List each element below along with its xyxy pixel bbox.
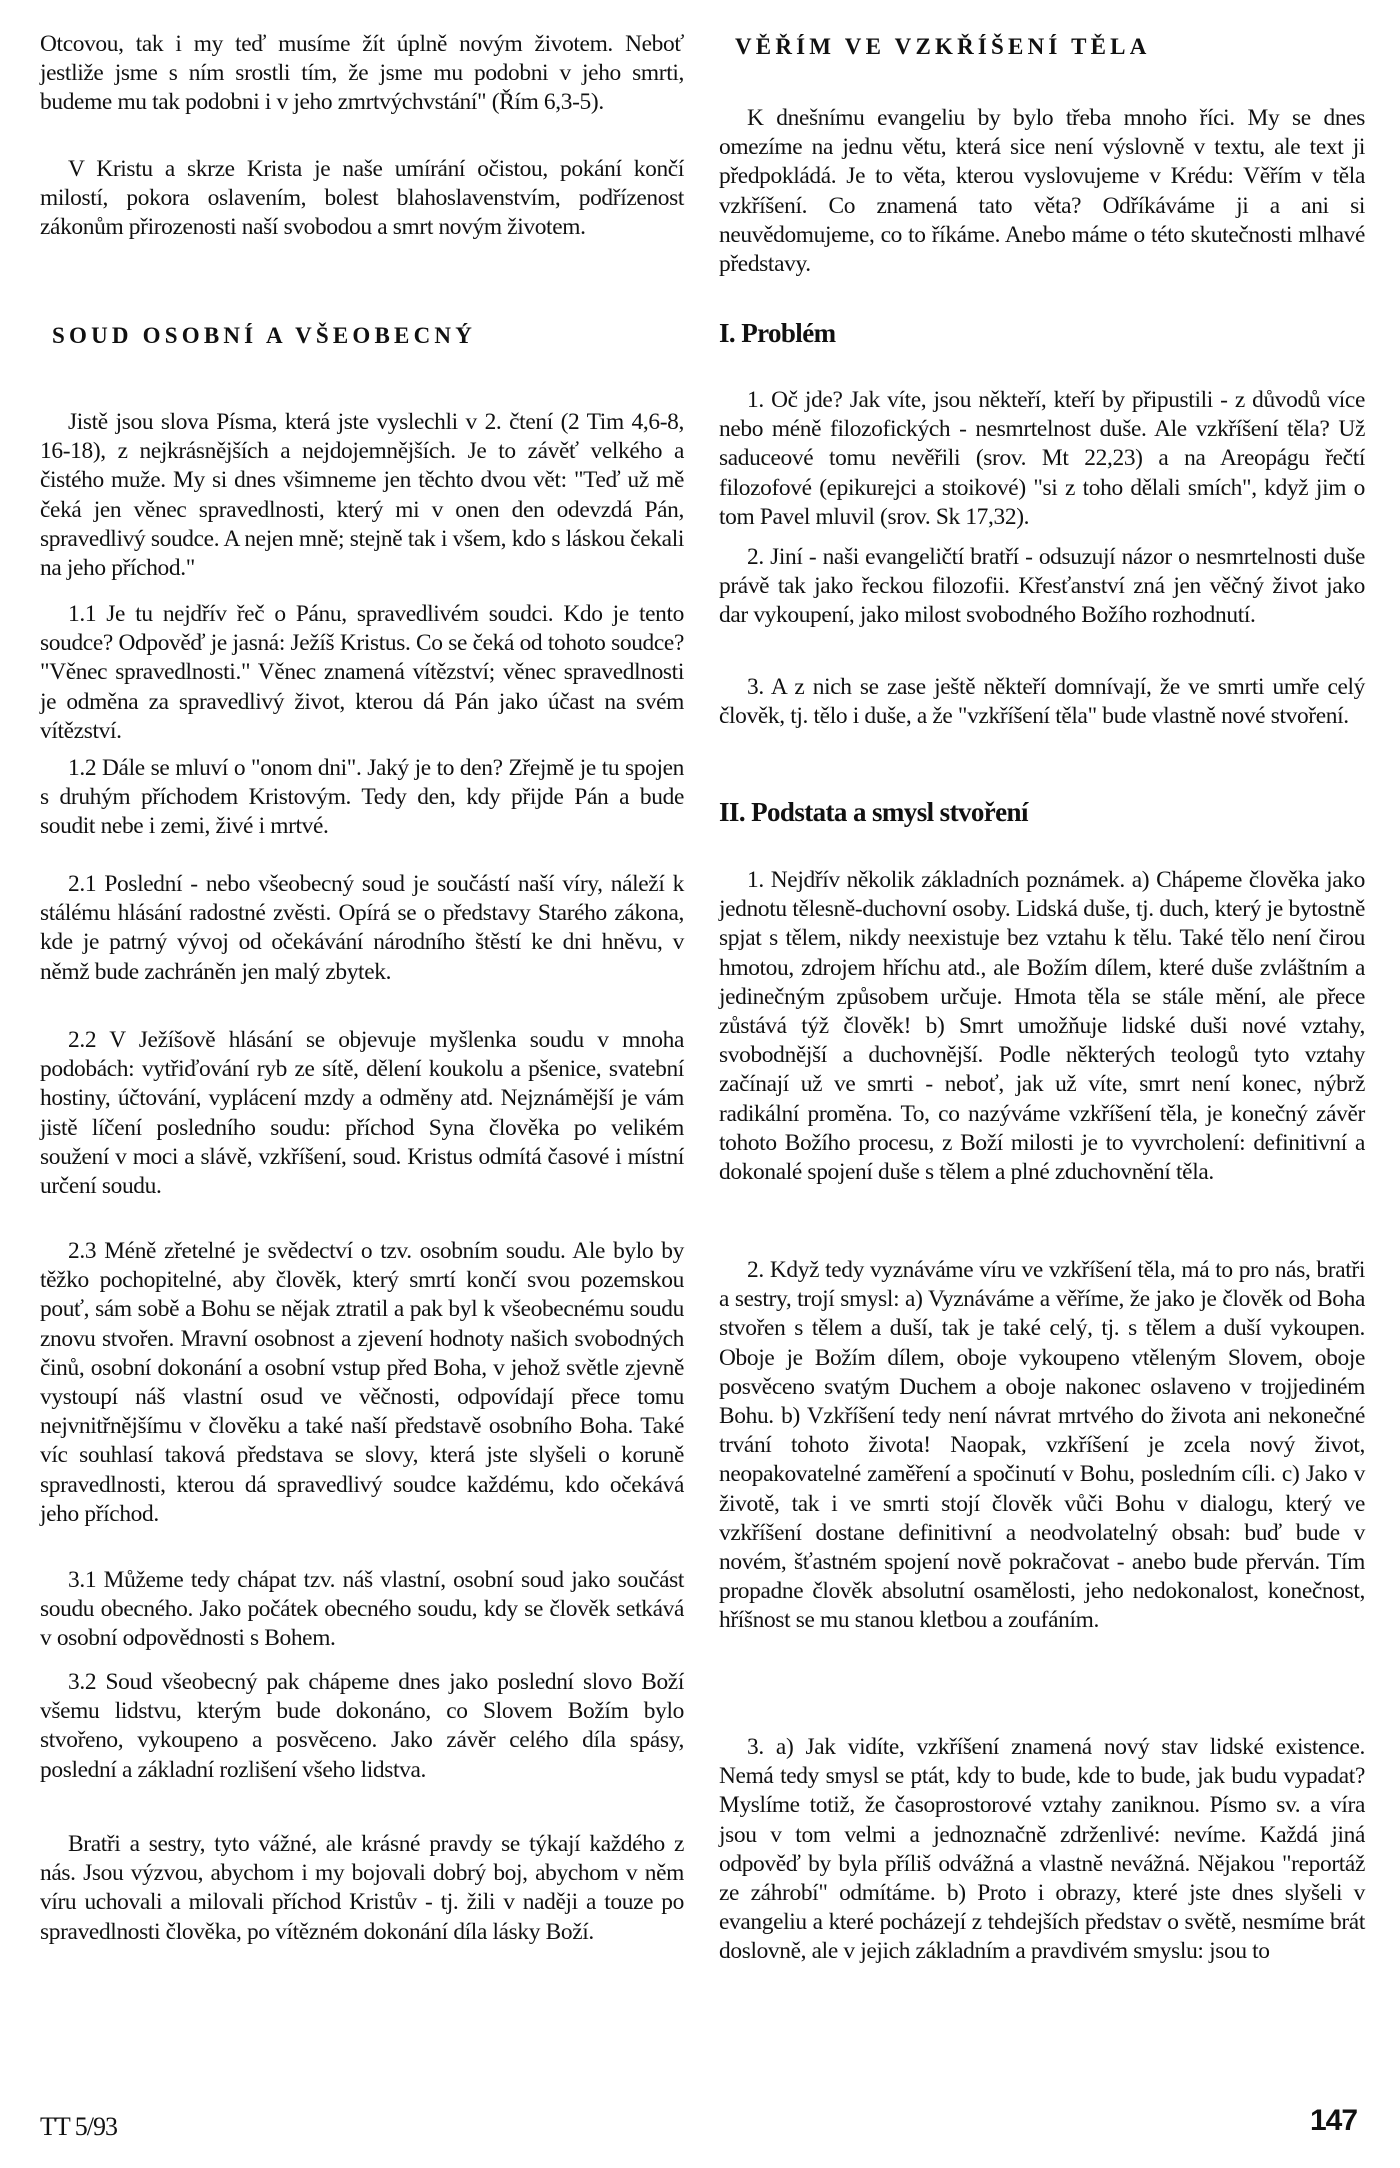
subsection-title: II. Podstata a smysl stvoření: [719, 797, 1028, 828]
paragraph: 1. Nejdřív několik základních poznámek. …: [719, 866, 1365, 1187]
paragraph: 3. A z nich se zase ještě někteří domnív…: [719, 673, 1365, 731]
section-title: SOUD OSOBNÍ A VŠEOBECNÝ: [52, 323, 476, 349]
paragraph: 3.2 Soud všeobecný pak chápeme dnes jako…: [40, 1668, 684, 1785]
paragraph: 1.1 Je tu nejdřív řeč o Pánu, spravedliv…: [40, 600, 684, 746]
paragraph: 2.2 V Ježíšově hlásání se objevuje myšle…: [40, 1026, 684, 1201]
paragraph: 2. Když tedy vyznáváme víru ve vzkříšení…: [719, 1256, 1365, 1636]
paragraph: 2.1 Poslední - nebo všeobecný soud je so…: [40, 870, 684, 987]
section-title: VĚŘÍM VE VZKŘÍŠENÍ TĚLA: [735, 34, 1151, 60]
page-number: 147: [1310, 2104, 1357, 2138]
paragraph: 2.3 Méně zřetelné je svědectví o tzv. os…: [40, 1237, 684, 1529]
paragraph: Bratři a sestry, tyto vážné, ale krásné …: [40, 1830, 684, 1947]
subsection-title: I. Problém: [719, 318, 836, 349]
issue-label: TT 5/93: [40, 2112, 117, 2142]
paragraph: K dnešnímu evangeliu by bylo třeba mnoho…: [719, 104, 1365, 279]
paragraph: 3.1 Můžeme tedy chápat tzv. náš vlastní,…: [40, 1566, 684, 1654]
paragraph: 3. a) Jak vidíte, vzkříšení znamená nový…: [719, 1733, 1365, 1967]
paragraph: Jistě jsou slova Písma, která jste vysle…: [40, 408, 684, 583]
paragraph: 1. Oč jde? Jak víte, jsou někteří, kteří…: [719, 386, 1365, 532]
paragraph: Otcovou, tak i my teď musíme žít úplně n…: [40, 30, 684, 118]
paragraph: 1.2 Dále se mluví o "onom dni". Jaký je …: [40, 754, 684, 842]
paragraph: 2. Jiní - naši evangeličtí bratří - odsu…: [719, 543, 1365, 631]
paragraph: V Kristu a skrze Krista je naše umírání …: [40, 155, 684, 243]
